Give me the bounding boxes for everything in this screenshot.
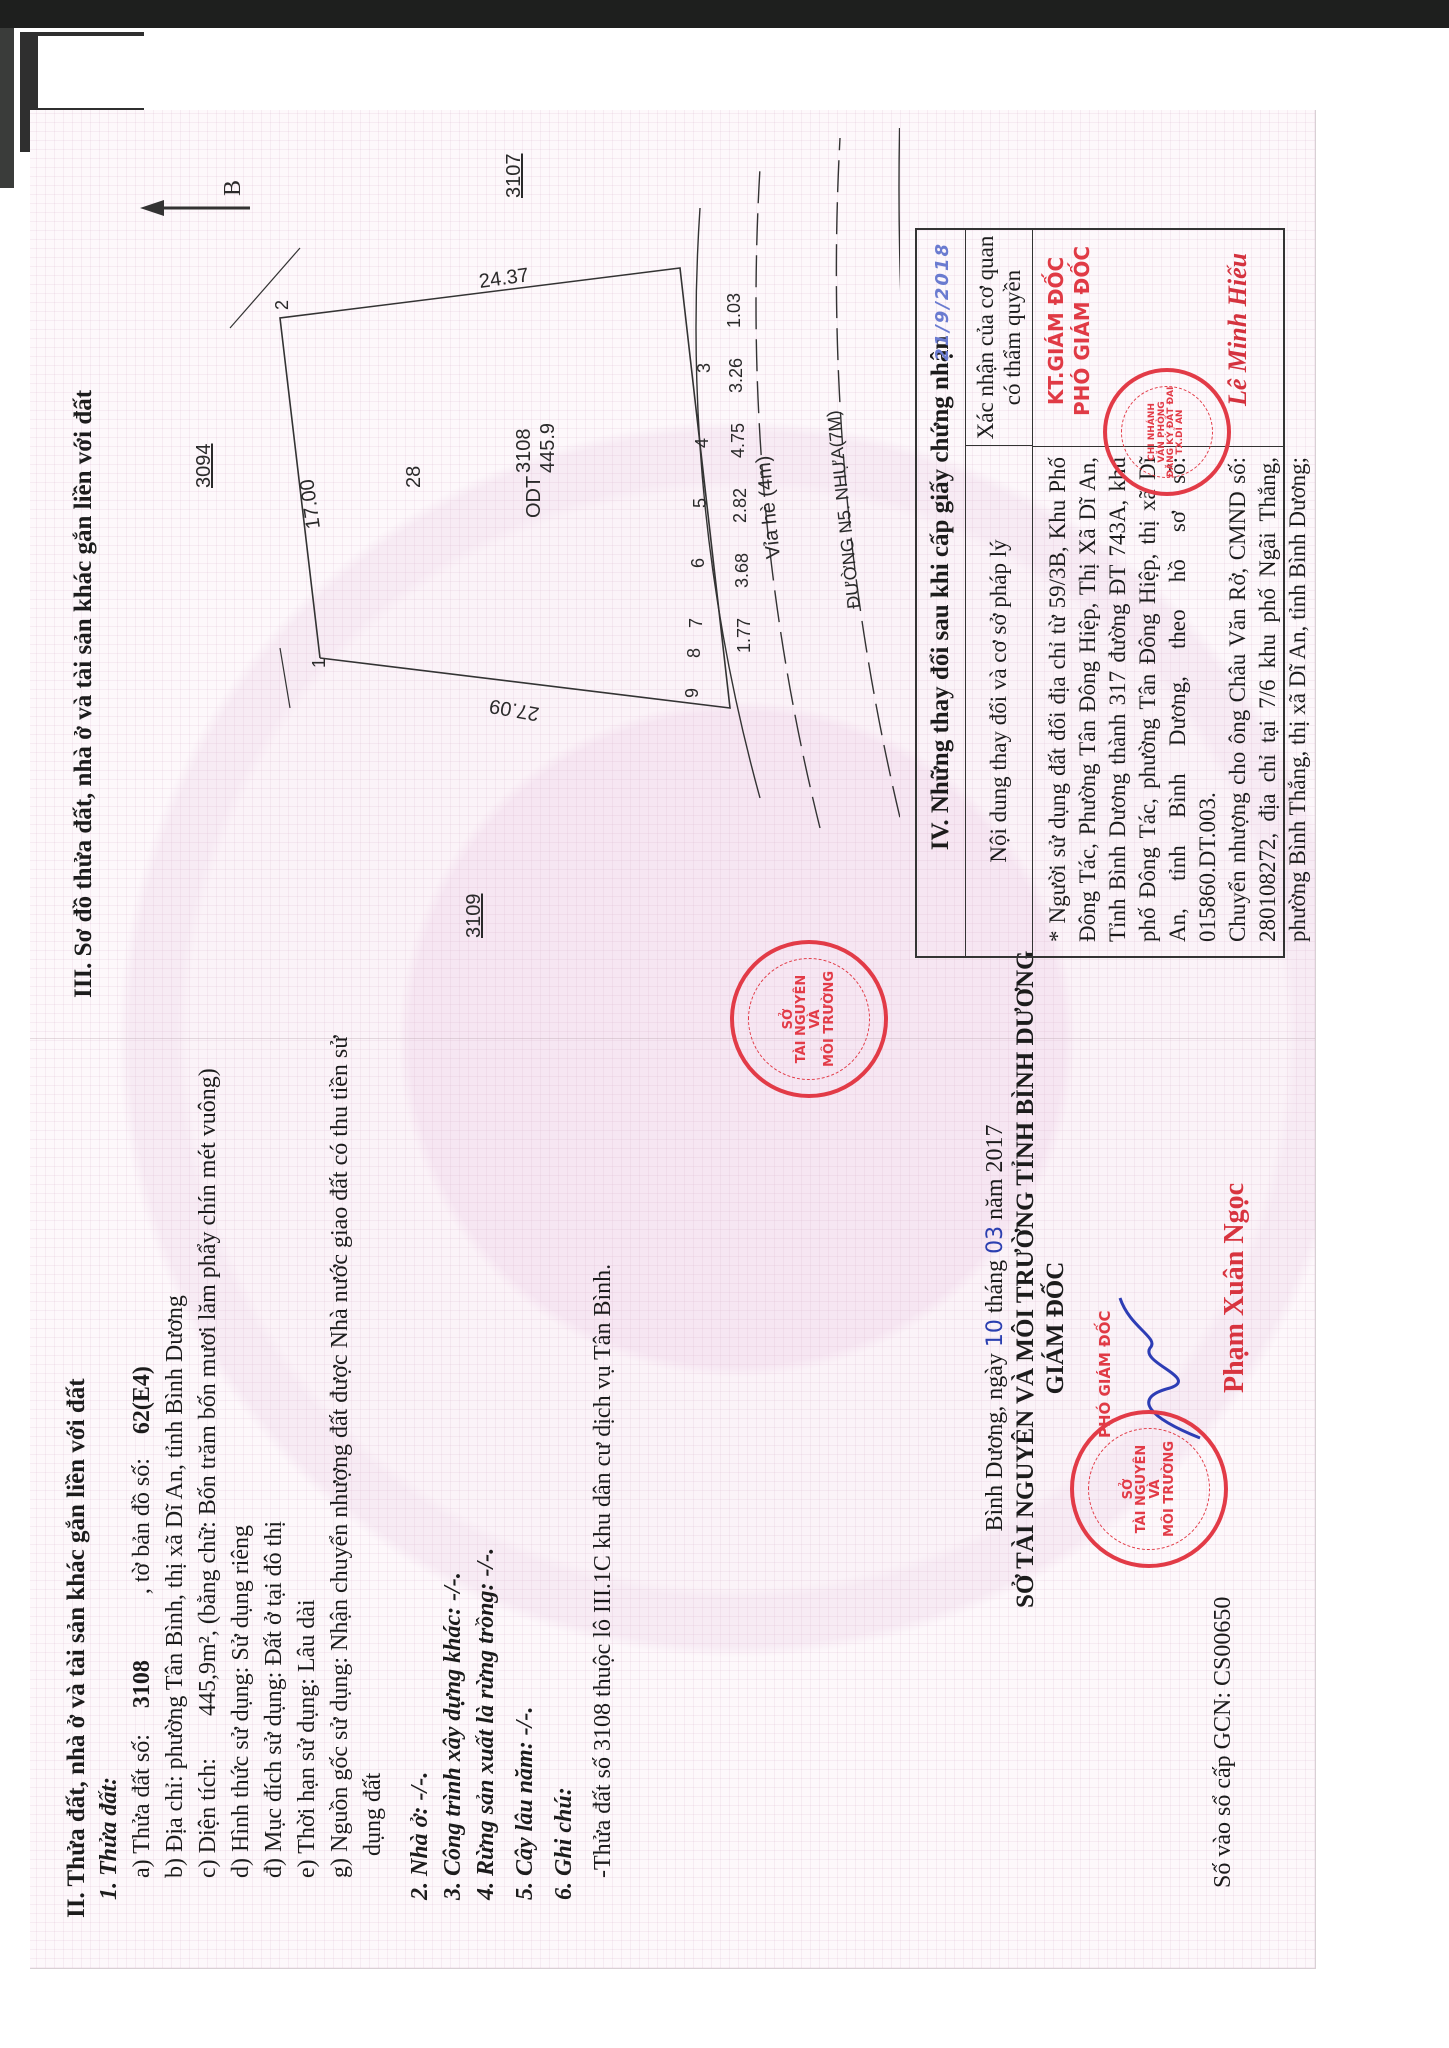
col-change-content: Nội dung thay đổi và cơ sở pháp lý	[966, 445, 1032, 956]
svg-text:8: 8	[684, 648, 704, 658]
scanner-edge-left	[0, 28, 14, 188]
svg-text:17.00: 17.00	[296, 478, 325, 531]
note-text: -Thửa đất số 3108 thuộc lô III.1C khu dâ…	[587, 1068, 620, 1878]
section-iv-title: IV. Những thay đổi sau khi cấp giấy chứn…	[917, 230, 966, 956]
parcel-row: a) Thửa đất số: 3108 , tờ bản đồ số: 62(…	[126, 1068, 159, 1878]
scanner-bed	[38, 36, 1449, 108]
issue-month: 03	[983, 1226, 1008, 1254]
issuing-organization: SỞ TÀI NGUYÊN VÀ MÔI TRƯỜNG TỈNH BÌNH DƯ…	[1011, 1048, 1041, 1608]
change-entry-transfer: Chuyển nhượng cho ông Châu Văn Rở, CMND …	[1223, 457, 1316, 942]
svg-text:Vỉa hè (4m): Vỉa hè (4m)	[752, 455, 785, 560]
svg-text:ĐƯỜNG N5. NHỰA(7M): ĐƯỜNG N5. NHỰA(7M)	[822, 409, 864, 609]
change-entry-address: * Người sử dụng đất đổi địa chỉ từ 59/3B…	[1043, 457, 1223, 942]
svg-text:3094: 3094	[193, 444, 215, 489]
use-term-row: e) Thời hạn sử dụng: Lâu dài	[291, 1068, 324, 1878]
svg-text:3.26: 3.26	[726, 358, 746, 393]
col-authority-confirmation: Xác nhận của cơ quancó thẩm quyền	[966, 230, 1032, 445]
house-row: 2. Nhà ở: -/-.	[404, 1068, 437, 1900]
parcel-label: a) Thửa đất số:	[129, 1734, 155, 1878]
official-seal-stamp: SỞ TÀI NGUYÊN VÀ MÔI TRƯỜNG	[1070, 1410, 1228, 1568]
svg-text:3109: 3109	[463, 894, 485, 939]
use-purpose-row: đ) Mục đích sử dụng: Đất ở tại đô thị	[258, 1068, 291, 1878]
origin-row-cont: dụng đất	[357, 1068, 390, 1856]
svg-text:4.75: 4.75	[728, 423, 748, 458]
trees-row: 5. Cây lâu năm: -/-.	[509, 1068, 542, 1900]
svg-text:3.68: 3.68	[732, 553, 752, 588]
address-row: b) Địa chỉ: phường Tân Bình, thị xã Dĩ A…	[159, 1068, 192, 1878]
origin-row: g) Nguồn gốc sử dụng: Nhận chuyển nhượng…	[324, 1068, 357, 1878]
use-form-row: d) Hình thức sử dụng: Sử dụng riêng	[225, 1068, 258, 1878]
svg-text:4: 4	[692, 438, 712, 448]
parcel-number: 3108	[129, 1660, 155, 1708]
forest-row: 4. Rừng sản xuất là rừng trồng: -/-.	[470, 1068, 503, 1900]
certificate-page: II. Thửa đất, nhà ở và tài sản khác gắn …	[30, 110, 1316, 1969]
parcel-diagram: B 3094310931072817.0024.3727.09ODT310844…	[120, 128, 900, 1028]
svg-text:5: 5	[690, 498, 710, 508]
svg-text:6: 6	[688, 558, 708, 568]
gcn-entry-number: Số vào sổ cấp GCN: CS00650	[1210, 1597, 1237, 1888]
signer-name: Phạm Xuân Ngọc	[1220, 1183, 1250, 1393]
signature-block: Bình Dương, ngày 10 tháng 03 năm 2017 SỞ…	[980, 1048, 1071, 1608]
svg-text:9: 9	[682, 688, 702, 698]
map-number: 62(E4)	[129, 1366, 155, 1434]
authority-confirmation: KT.GIÁM ĐỐC PHÓ GIÁM ĐỐC CHI NHÁNH VĂN P…	[1033, 230, 1285, 446]
handwritten-date: 21/9/2018	[919, 242, 967, 361]
area-row: c) Diện tích: 445,9m², (bằng chữ: Bốn tr…	[192, 1068, 225, 1878]
notes-heading: 6. Ghi chú:	[548, 1068, 581, 1900]
registration-office-stamp: CHI NHÁNH VĂN PHÒNG ĐĂNG KÝ ĐẤT ĐAI TX.D…	[1103, 368, 1231, 496]
north-arrow-icon: B	[140, 180, 250, 216]
scanner-edge-top	[0, 0, 1449, 28]
certificate-sheet: II. Thửa đất, nhà ở và tài sản khác gắn …	[30, 110, 1315, 1968]
changes-table-header: Nội dung thay đổi và cơ sở pháp lý Xác n…	[966, 230, 1033, 956]
svg-text:24.37: 24.37	[478, 264, 531, 293]
construction-row: 3. Công trình xây dựng khác: -/-.	[437, 1068, 470, 1900]
confirm-title: KT.GIÁM ĐỐC PHÓ GIÁM ĐỐC	[1043, 246, 1095, 416]
svg-text:B: B	[220, 180, 246, 196]
svg-text:445.9: 445.9	[537, 423, 559, 473]
svg-text:2: 2	[272, 300, 292, 310]
svg-text:3: 3	[694, 363, 714, 373]
svg-text:2.82: 2.82	[730, 488, 750, 523]
svg-text:1.77: 1.77	[734, 618, 754, 653]
issue-day: 10	[983, 1319, 1008, 1347]
svg-text:ODT: ODT	[523, 476, 545, 518]
fold-line	[30, 1038, 1315, 1039]
changes-table: IV. Những thay đổi sau khi cấp giấy chứn…	[915, 228, 1285, 958]
svg-text:3107: 3107	[503, 154, 525, 199]
section-ii-title: II. Thửa đất, nhà ở và tài sản khác gắn …	[60, 1068, 93, 1918]
svg-text:28: 28	[403, 466, 425, 488]
issue-date: Bình Dương, ngày 10 tháng 03 năm 2017	[980, 1048, 1011, 1608]
svg-text:27.09: 27.09	[488, 694, 541, 724]
area-value: 445,9m², (bằng chữ: Bốn trăm bốn mươi lă…	[195, 1068, 221, 1716]
signer-title: GIÁM ĐỐC	[1041, 1048, 1071, 1608]
land-heading: 1. Thửa đất:	[93, 1068, 126, 1900]
section-ii: II. Thửa đất, nhà ở và tài sản khác gắn …	[60, 1068, 620, 1918]
svg-text:7: 7	[686, 618, 706, 628]
area-label: c) Diện tích:	[195, 1758, 221, 1878]
svg-text:1.03: 1.03	[724, 293, 744, 328]
map-label: , tờ bản đồ số:	[129, 1458, 155, 1594]
svg-text:1: 1	[309, 658, 329, 668]
changes-table-row: * Người sử dụng đất đổi địa chỉ từ 59/3B…	[1033, 230, 1285, 956]
section-iii-title: III. Sơ đồ thửa đất, nhà ở và tài sản kh…	[70, 390, 98, 998]
confirm-signer: Lê Minh Hiếu	[1223, 253, 1253, 406]
svg-text:3108: 3108	[513, 429, 535, 474]
change-content: * Người sử dụng đất đổi địa chỉ từ 59/3B…	[1033, 446, 1285, 956]
